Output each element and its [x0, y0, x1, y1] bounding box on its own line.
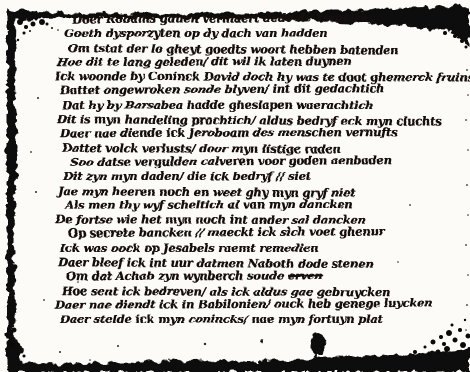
manuscript-line: Goeth dysporzyten op dy dach van hadden	[64, 26, 455, 40]
manuscript-line: Daer nae diende ick Jeroboam des mensche…	[60, 125, 455, 141]
manuscript-line: Dat hy by Barsabea hadde gheslapen waera…	[62, 98, 455, 112]
manuscript-line: Hoe dit te lang geleden/ dit wil ik late…	[57, 54, 455, 70]
manuscript-line-text: Soo datse vergulden calveren voor goden …	[70, 153, 392, 169]
manuscript-line: Om dat Achab zyn wynberch soude erven	[66, 268, 455, 284]
manuscript-line: Ick was oock op Jesabels raemt remedien	[60, 241, 455, 255]
manuscript-line: Dattet ongewroken sonde blyven/ int dit …	[60, 81, 455, 98]
manuscript-line-text: Goeth dysporzyten op dy dach van hadden	[64, 26, 327, 40]
ink-blot	[260, 333, 325, 358]
manuscript-line: Soo datse vergulden calveren voor goden …	[70, 153, 455, 170]
manuscript-line-text: Als men thy wyf scheltich al van myn dan…	[65, 197, 352, 212]
manuscript-line-text: Doer Robams gauen vermaert dede de Ysrae…	[72, 10, 375, 26]
manuscript-line: Daer stelde ick myn conincks/ nae myn fo…	[60, 312, 455, 326]
manuscript-line: Op secrete bancken // maeckt ick sich vo…	[68, 224, 455, 241]
manuscript-line-text: Om dat Achab zyn wynberch soude	[66, 269, 284, 284]
manuscript-line-text: Dattet ongewroken sonde blyven/ int dit …	[60, 81, 384, 97]
scan-border-left	[7, 9, 22, 364]
manuscript-line-text: Dit zyn myn daden/ die ick bedryf // sie…	[63, 169, 311, 183]
manuscript-line-text: Daer nae diendt ick in Babilonien/ ouck …	[55, 296, 432, 312]
manuscript-line-text: Hoe dit te lang geleden/ dit wil ik late…	[57, 54, 351, 69]
scan-border-bottom	[7, 349, 470, 372]
manuscript-text: Doer Robams gauen vermaert dede de Ysrae…	[55, 12, 455, 327]
manuscript-line-text: Dat hy by Barsabea hadde gheslapen waera…	[62, 98, 373, 112]
manuscript-line-text: Op secrete bancken // maeckt ick sich vo…	[68, 224, 384, 240]
manuscript-struck-word: erven	[288, 269, 323, 283]
manuscript-line-text: Daer nae diende ick Jeroboam des mensche…	[60, 125, 397, 140]
manuscript-line-text: Daer stelde ick myn conincks/ nae myn fo…	[60, 312, 383, 326]
manuscript-line-text: Ick was oock op Jesabels raemt remedien	[60, 241, 319, 255]
manuscript-line: Daer nae diendt ick in Babilonien/ ouck …	[55, 295, 455, 312]
manuscript-line: Dit zyn myn daden/ die ick bedryf // sie…	[63, 169, 455, 183]
manuscript-line: Doer Robams gauen vermaert dede de Ysrae…	[72, 10, 455, 27]
manuscript-line: Als men thy wyf scheltich al van myn dan…	[65, 197, 455, 213]
manuscript-page: Doer Robams gauen vermaert dede de Ysrae…	[0, 0, 470, 372]
